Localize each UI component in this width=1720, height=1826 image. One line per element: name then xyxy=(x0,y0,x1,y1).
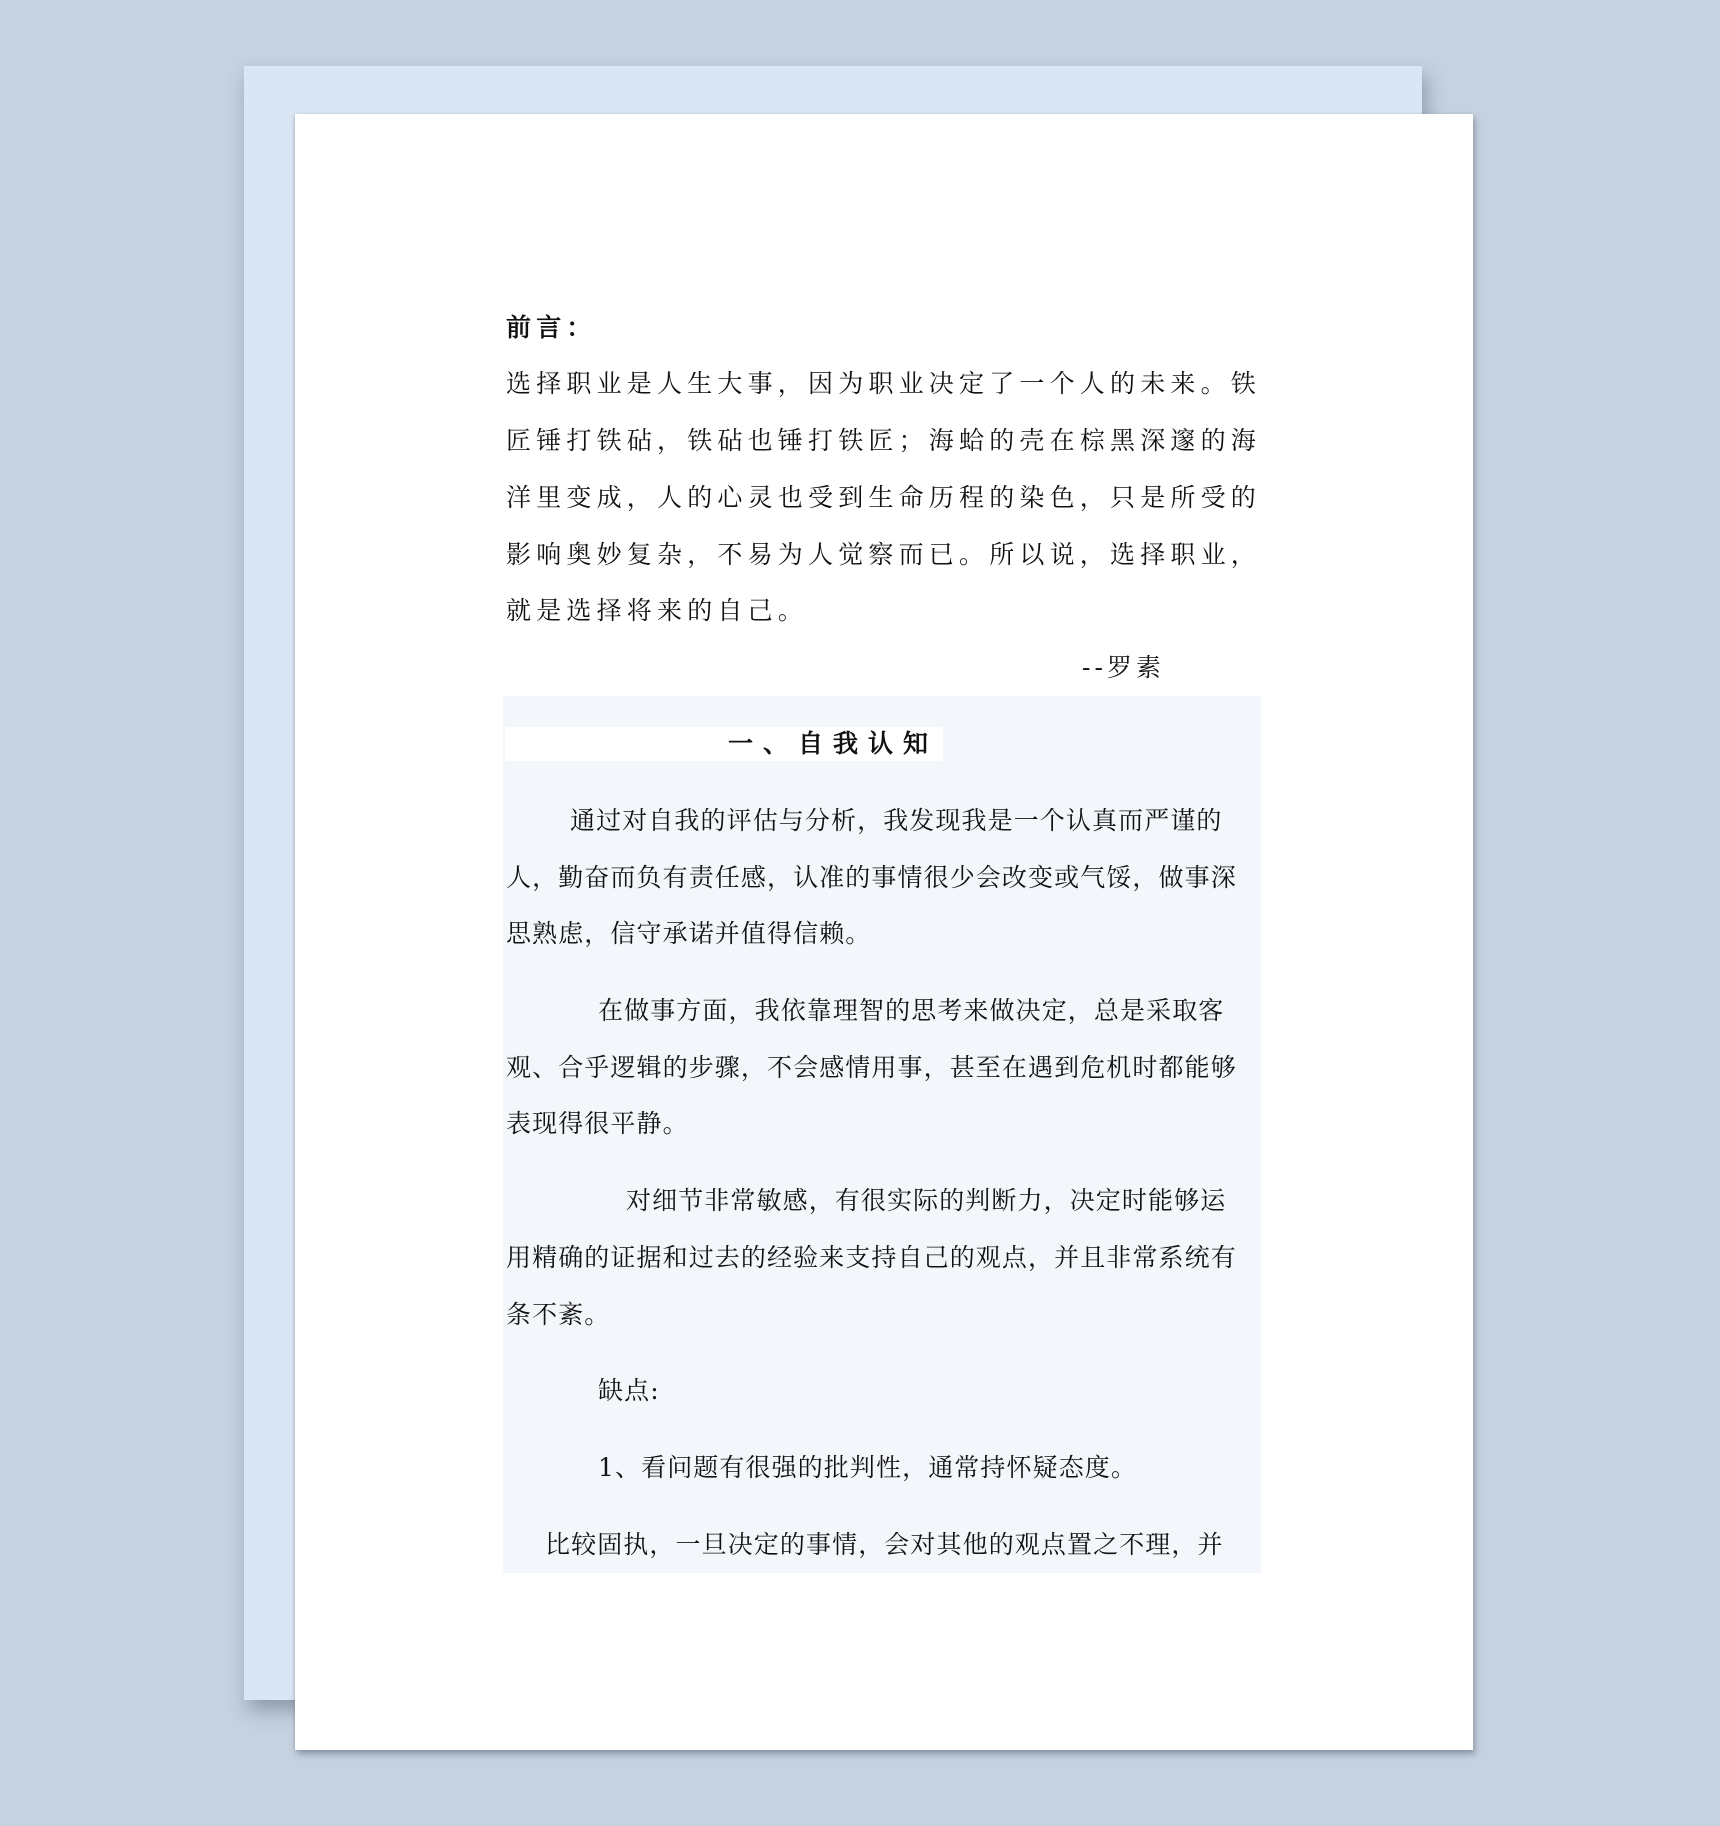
paragraph-line: 人，勤奋而负有责任感，认准的事情很少会改变或气馁，做事深 xyxy=(506,863,1237,893)
preface-line: 影响奥妙复杂，不易为人觉察而已。所以说，选择职业， xyxy=(506,540,1261,570)
section-heading: 一、自我认知 xyxy=(728,729,938,759)
paragraph-line: 用精确的证据和过去的经验来支持自己的观点，并且非常系统有 xyxy=(506,1243,1237,1273)
preface-title: 前言： xyxy=(506,313,597,343)
paragraph-line: 对细节非常敏感，有很实际的判断力，决定时能够运 xyxy=(626,1186,1226,1216)
document-content: 前言： 选择职业是人生大事，因为职业决定了一个人的未来。铁 匠锤打铁砧，铁砧也锤… xyxy=(0,0,1720,1826)
weakness-item: 1、看问题有很强的批判性，通常持怀疑态度。 xyxy=(598,1453,1137,1483)
preface-attribution: --罗素 xyxy=(1082,653,1165,683)
preface-line: 洋里变成，人的心灵也受到生命历程的染色，只是所受的 xyxy=(506,483,1261,513)
paragraph-line: 条不紊。 xyxy=(506,1300,610,1330)
paragraph-line: 思熟虑，信守承诺并值得信赖。 xyxy=(506,919,871,949)
preface-line: 匠锤打铁砧，铁砧也锤打铁匠；海蛤的壳在棕黑深邃的海 xyxy=(506,426,1261,456)
paragraph-line: 观、合乎逻辑的步骤，不会感情用事，甚至在遇到危机时都能够 xyxy=(506,1053,1237,1083)
preface-line: 选择职业是人生大事，因为职业决定了一个人的未来。铁 xyxy=(506,369,1261,399)
paragraph-line: 通过对自我的评估与分析，我发现我是一个认真而严谨的 xyxy=(570,806,1223,836)
paragraph-line: 在做事方面，我依靠理智的思考来做决定，总是采取客 xyxy=(598,996,1224,1026)
paragraph-line: 表现得很平静。 xyxy=(506,1109,689,1139)
preface-line: 就是选择将来的自己。 xyxy=(506,596,808,626)
weakness-item: 比较固执，一旦决定的事情，会对其他的观点置之不理，并 xyxy=(545,1530,1224,1560)
weakness-label: 缺点: xyxy=(598,1376,660,1406)
